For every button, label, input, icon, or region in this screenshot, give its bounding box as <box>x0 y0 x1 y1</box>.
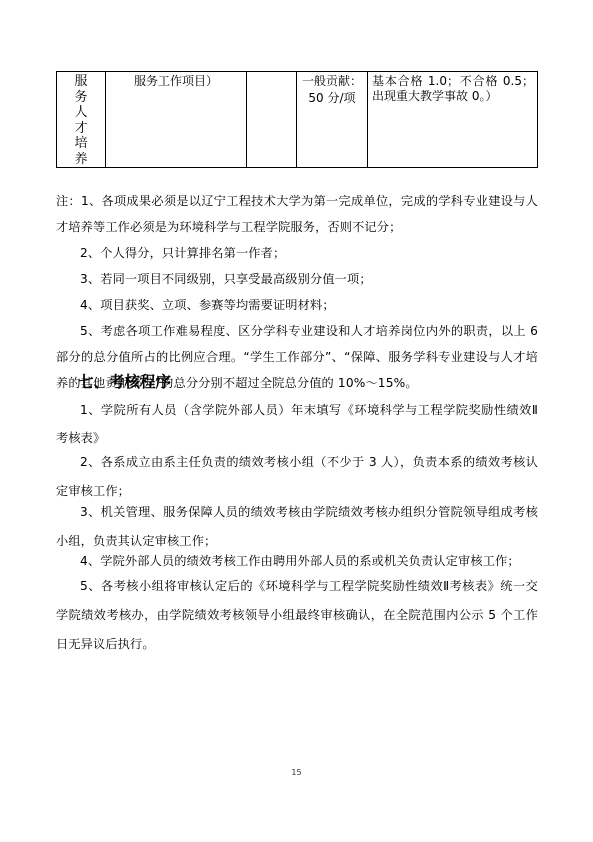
procedure-5: 5、各考核小组将审核认定后的《环境科学与工程学院奖励性绩效Ⅱ考核表》统一交学院绩… <box>56 572 538 659</box>
item-text: 服务工作项目） <box>106 74 246 89</box>
document-page: 服务人才培养 服务工作项目） 一般贡献： 50 分/项 基本合格 1.0；不合格… <box>0 0 593 842</box>
procedure-1: 1、学院所有人员（含学院外部人员）年末填写《环境科学与工程学院奖励性绩效Ⅱ考核表… <box>56 396 538 452</box>
note-1: 注：1、各项成果必须是以辽宁工程技术大学为第一完成单位，完成的学科专业建设与人才… <box>56 188 538 240</box>
note-4: 4、项目获奖、立项、参赛等均需要证明材料； <box>56 292 538 318</box>
note-3: 3、若同一项目不同级别，只享受最高级别分值一项； <box>56 266 538 292</box>
rule-text: 基本合格 1.0；不合格 0.5；出现重大教学事故 0。） <box>372 74 534 104</box>
category-cell: 服务人才培养 <box>57 72 106 168</box>
score-value: 50 分/项 <box>297 91 367 106</box>
rule-cell: 基本合格 1.0；不合格 0.5；出现重大教学事故 0。） <box>368 72 538 168</box>
score-table: 服务人才培养 服务工作项目） 一般贡献： 50 分/项 基本合格 1.0；不合格… <box>56 71 538 168</box>
score-cell: 一般贡献： 50 分/项 <box>297 72 368 168</box>
level-cell <box>247 72 297 168</box>
page-number: 15 <box>0 768 593 777</box>
note-2: 2、个人得分，只计算排名第一作者； <box>56 240 538 266</box>
table-row: 服务人才培养 服务工作项目） 一般贡献： 50 分/项 基本合格 1.0；不合格… <box>57 72 538 168</box>
category-text: 服务人才培养 <box>74 74 88 167</box>
item-cell: 服务工作项目） <box>106 72 247 168</box>
score-label: 一般贡献： <box>297 74 367 89</box>
section-heading: 七、考核程序 <box>78 370 171 394</box>
